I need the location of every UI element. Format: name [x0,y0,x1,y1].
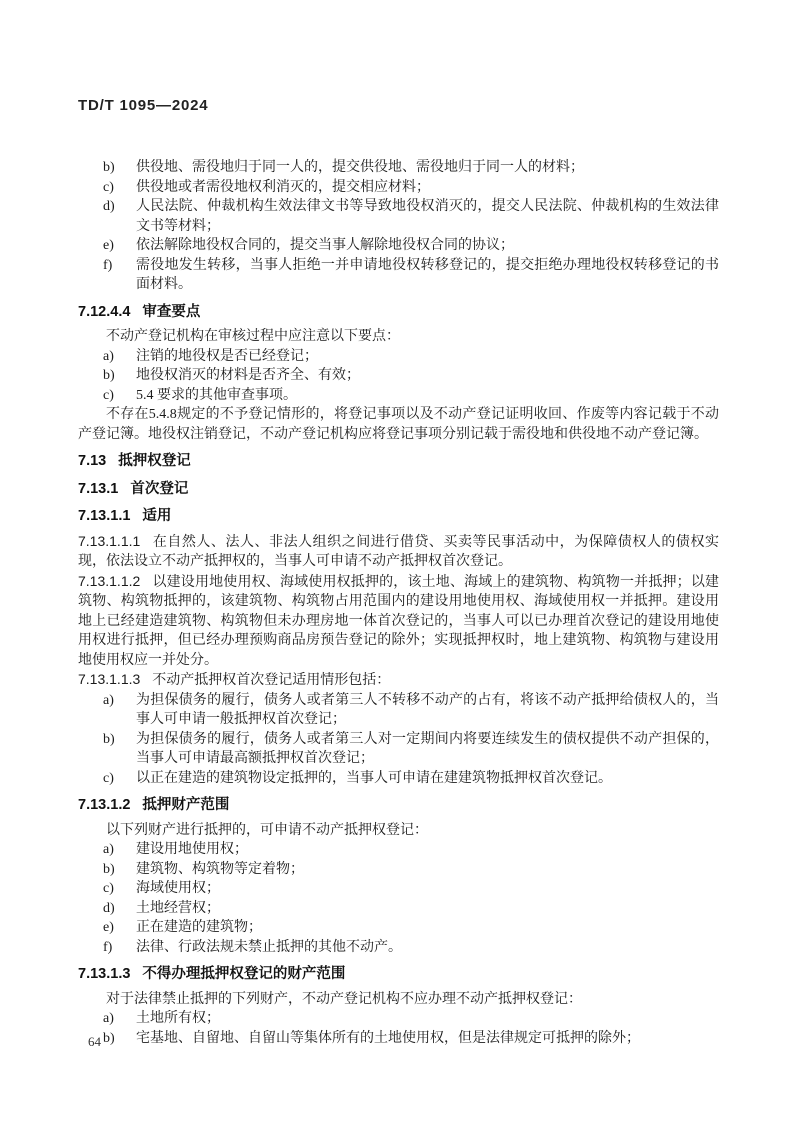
list-item-text: 土地所有权； [136,1009,719,1029]
list-marker: e) [103,236,136,256]
section-title: 首次登记 [130,481,188,497]
list-marker: b) [103,1029,136,1049]
forbidden-property-list: a) 土地所有权； b) 宅基地、自留地、自留山等集体所有的土地使用权，但是法律… [78,1009,719,1048]
doc-code: TD/T 1095—2024 [78,96,208,116]
list-marker: d) [103,899,136,919]
section-heading-7-13-1-1: 7.13.1.1适用 [78,507,719,527]
mortgageable-property-list: a) 建设用地使用权； b) 建筑物、构筑物等定着物； c) 海域使用权； d)… [78,840,719,957]
list-item: b) 宅基地、自留地、自留山等集体所有的土地使用权，但是法律规定可抵押的除外； [78,1029,719,1049]
list-marker: b) [103,158,136,178]
list-marker: e) [103,918,136,938]
section-number: 7.13.1.3 [78,966,130,982]
list-marker: a) [103,691,136,730]
forbidden-intro-paragraph: 对于法律禁止抵押的下列财产，不动产登记机构不应办理不动产抵押权登记： [78,990,719,1010]
list-marker: a) [103,1009,136,1029]
section-title: 审查要点 [142,304,200,320]
list-marker: c) [103,769,136,789]
list-marker: d) [103,197,136,236]
section-heading-7-13-1-3: 7.13.1.3不得办理抵押权登记的财产范围 [78,965,719,985]
list-item-text: 需役地发生转移，当事人拒绝一并申请地役权转移登记的，提交拒绝办理地役权转移登记的… [136,256,719,295]
list-item: b) 为担保债务的履行，债务人或者第三人对一定期间内将要连续发生的债权提供不动产… [78,730,719,769]
list-item-text: 以正在建造的建筑物设定抵押的，当事人可申请在建建筑物抵押权首次登记。 [136,769,719,789]
section-heading-7-12-4-4: 7.12.4.4审查要点 [78,303,719,323]
clause-number: 7.13.1.1.3 [78,671,140,687]
list-item-text: 依法解除地役权合同的，提交当事人解除地役权合同的协议； [136,236,719,256]
list-item-text: 法律、行政法规未禁止抵押的其他不动产。 [136,938,719,958]
section-number: 7.13.1.1 [78,508,130,524]
section-number: 7.13.1.2 [78,797,130,813]
clause-text: 在自然人、法人、非法人组织之间进行借贷、买卖等民事活动中，为保障债权人的债权实现… [78,535,719,570]
servitude-material-list: b) 供役地、需役地归于同一人的，提交供役地、需役地归于同一人的材料； c) 供… [78,158,719,295]
list-marker: f) [103,256,136,295]
list-item-text: 地役权消灭的材料是否齐全、有效； [136,366,719,386]
list-item-text: 建筑物、构筑物等定着物； [136,860,719,880]
list-item: c) 5.4 要求的其他审查事项。 [78,386,719,406]
list-item: f) 需役地发生转移，当事人拒绝一并申请地役权转移登记的，提交拒绝办理地役权转移… [78,256,719,295]
review-points-list: a) 注销的地役权是否已经登记； b) 地役权消灭的材料是否齐全、有效； c) … [78,347,719,406]
list-item: f) 法律、行政法规未禁止抵押的其他不动产。 [78,938,719,958]
list-item-text: 海域使用权； [136,879,719,899]
list-item-text: 人民法院、仲裁机构生效法律文书等导致地役权消灭的，提交人民法院、仲裁机构的生效法… [136,197,719,236]
review-intro-paragraph: 不动产登记机构在审核过程中应注意以下要点： [78,327,719,347]
list-item: d) 土地经营权； [78,899,719,919]
list-item-text: 为担保债务的履行，债务人或者第三人对一定期间内将要连续发生的债权提供不动产担保的… [136,730,719,769]
list-item: a) 注销的地役权是否已经登记； [78,347,719,367]
list-marker: a) [103,347,136,367]
list-marker: c) [103,178,136,198]
clause-7-13-1-1-2: 7.13.1.1.2以建设用地使用权、海域使用权抵押的，该土地、海域上的建筑物、… [78,572,719,671]
section-number: 7.13.1 [78,481,118,497]
list-item: e) 依法解除地役权合同的，提交当事人解除地役权合同的协议； [78,236,719,256]
list-item-text: 正在建造的建筑物； [136,918,719,938]
list-item-text: 供役地或者需役地权利消灭的，提交相应材料； [136,178,719,198]
section-number: 7.12.4.4 [78,304,130,320]
list-marker: c) [103,386,136,406]
section-title: 不得办理抵押权登记的财产范围 [142,966,345,982]
list-item: c) 海域使用权； [78,879,719,899]
list-marker: b) [103,366,136,386]
section-title: 抵押权登记 [118,453,191,469]
list-item-text: 供役地、需役地归于同一人的，提交供役地、需役地归于同一人的材料； [136,158,719,178]
mortgage-first-registration-list: a) 为担保债务的履行，债务人或者第三人不转移不动产的占有，将该不动产抵押给债权… [78,691,719,789]
list-marker: b) [103,730,136,769]
list-item: e) 正在建造的建筑物； [78,918,719,938]
list-item-text: 土地经营权； [136,899,719,919]
clause-number: 7.13.1.1.1 [78,533,140,549]
clause-7-13-1-1-1: 7.13.1.1.1在自然人、法人、非法人组织之间进行借贷、买卖等民事活动中，为… [78,532,719,572]
page-content: b) 供役地、需役地归于同一人的，提交供役地、需役地归于同一人的材料； c) 供… [78,158,719,1048]
list-item: a) 为担保债务的履行，债务人或者第三人不转移不动产的占有，将该不动产抵押给债权… [78,691,719,730]
document-page: TD/T 1095—2024 b) 供役地、需役地归于同一人的，提交供役地、需役… [0,0,794,1122]
list-item: c) 以正在建造的建筑物设定抵押的，当事人可申请在建建筑物抵押权首次登记。 [78,769,719,789]
list-item-text: 为担保债务的履行，债务人或者第三人不转移不动产的占有，将该不动产抵押给债权人的，… [136,691,719,730]
list-item-text: 5.4 要求的其他审查事项。 [136,386,719,406]
section-heading-7-13-1: 7.13.1首次登记 [78,480,719,500]
list-marker: a) [103,840,136,860]
list-item: a) 土地所有权； [78,1009,719,1029]
list-marker: b) [103,860,136,880]
clause-7-13-1-1-3: 7.13.1.1.3不动产抵押权首次登记适用情形包括： [78,670,719,691]
section-title: 适用 [142,508,171,524]
list-item: b) 建筑物、构筑物等定着物； [78,860,719,880]
clause-number: 7.13.1.1.2 [78,573,140,589]
section-title: 抵押财产范围 [142,797,229,813]
list-item: c) 供役地或者需役地权利消灭的，提交相应材料； [78,178,719,198]
review-result-paragraph: 不存在5.4.8规定的不予登记情形的，将登记事项以及不动产登记证明收回、作废等内… [78,405,719,444]
list-item-text: 宅基地、自留地、自留山等集体所有的土地使用权，但是法律规定可抵押的除外； [136,1029,719,1049]
list-item-text: 注销的地役权是否已经登记； [136,347,719,367]
list-item: d) 人民法院、仲裁机构生效法律文书等导致地役权消灭的，提交人民法院、仲裁机构的… [78,197,719,236]
clause-text: 以建设用地使用权、海域使用权抵押的，该土地、海域上的建筑物、构筑物一并抵押；以建… [78,575,719,668]
clause-text: 不动产抵押权首次登记适用情形包括： [152,673,390,688]
list-item: a) 建设用地使用权； [78,840,719,860]
list-item-text: 建设用地使用权； [136,840,719,860]
section-number: 7.13 [78,453,106,469]
section-heading-7-13: 7.13抵押权登记 [78,452,719,472]
page-number: 64 [88,1032,101,1052]
list-marker: c) [103,879,136,899]
list-marker: f) [103,938,136,958]
section-heading-7-13-1-2: 7.13.1.2抵押财产范围 [78,796,719,816]
list-item: b) 地役权消灭的材料是否齐全、有效； [78,366,719,386]
property-intro-paragraph: 以下列财产进行抵押的，可申请不动产抵押权登记： [78,821,719,841]
list-item: b) 供役地、需役地归于同一人的，提交供役地、需役地归于同一人的材料； [78,158,719,178]
